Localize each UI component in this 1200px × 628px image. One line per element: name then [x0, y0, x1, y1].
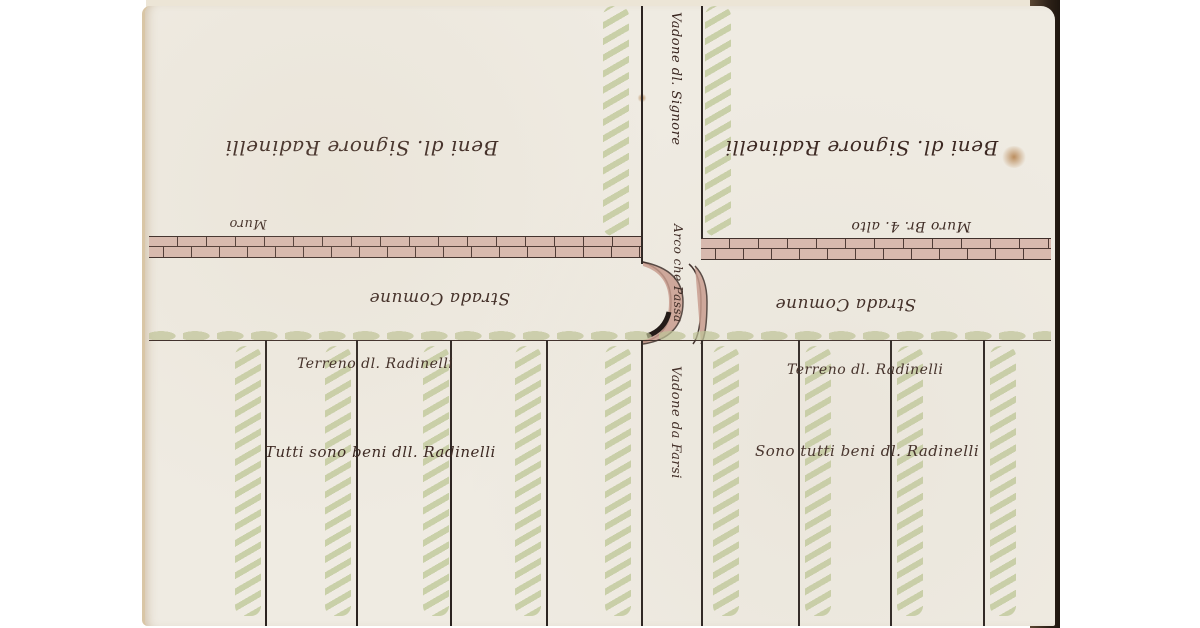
- channel-edge-left-lower: [641, 340, 643, 626]
- vegetation-strip: [705, 6, 731, 236]
- field-divider: [450, 340, 452, 626]
- road-right-label: Strada Comune: [775, 294, 916, 314]
- arch-label: Arco che Passa: [671, 224, 685, 323]
- vegetation-strip: [805, 346, 831, 616]
- lower-right-heading: Terreno dl. Radinelli: [787, 362, 943, 378]
- vegetation-strip: [235, 346, 261, 616]
- vegetation-strip: [990, 346, 1016, 616]
- vegetation-strip: [603, 6, 629, 236]
- field-divider: [546, 340, 548, 626]
- field-divider: [356, 340, 358, 626]
- foxing-stain: [1001, 146, 1027, 168]
- field-divider: [798, 340, 800, 626]
- upper-right-field-label: Beni dl. Signore Radinelli: [725, 136, 998, 160]
- central-lower-channel-label: Vadone da Farsi: [668, 366, 683, 479]
- vegetation-strip: [897, 346, 923, 616]
- channel-edge-left: [641, 6, 643, 264]
- vegetation-strip: [713, 346, 739, 616]
- central-upper-channel-label: Vadone dl. Signore: [668, 12, 683, 146]
- field-divider: [890, 340, 892, 626]
- vegetation-strip: [605, 346, 631, 616]
- lower-left-note: Tutti sono beni dll. Radinelli: [265, 443, 496, 461]
- field-divider: [265, 340, 267, 626]
- upper-left-field-label: Beni dl. Signore Radinelli: [225, 136, 498, 160]
- manuscript-page: Beni dl. Signore Radinelli Beni dl. Sign…: [142, 6, 1055, 626]
- brick-wall-right: [701, 238, 1051, 260]
- hedge-boundary: [149, 328, 1051, 341]
- lower-right-note: Sono tutti beni dl. Radinelli: [755, 442, 979, 460]
- wall-left-label: Muro: [229, 216, 267, 231]
- vegetation-strip: [423, 346, 449, 616]
- brick-wall-left: [149, 236, 641, 258]
- channel-edge-right: [701, 6, 703, 238]
- vegetation-strip: [325, 346, 351, 616]
- vegetation-strip: [515, 346, 541, 616]
- channel-edge-right-lower: [701, 340, 703, 626]
- wall-right-label: Muro Br. 4. alto: [851, 218, 971, 234]
- lower-left-heading: Terreno dl. Radinelli: [297, 356, 453, 372]
- field-divider: [983, 340, 985, 626]
- road-left-label: Strada Comune: [369, 288, 510, 308]
